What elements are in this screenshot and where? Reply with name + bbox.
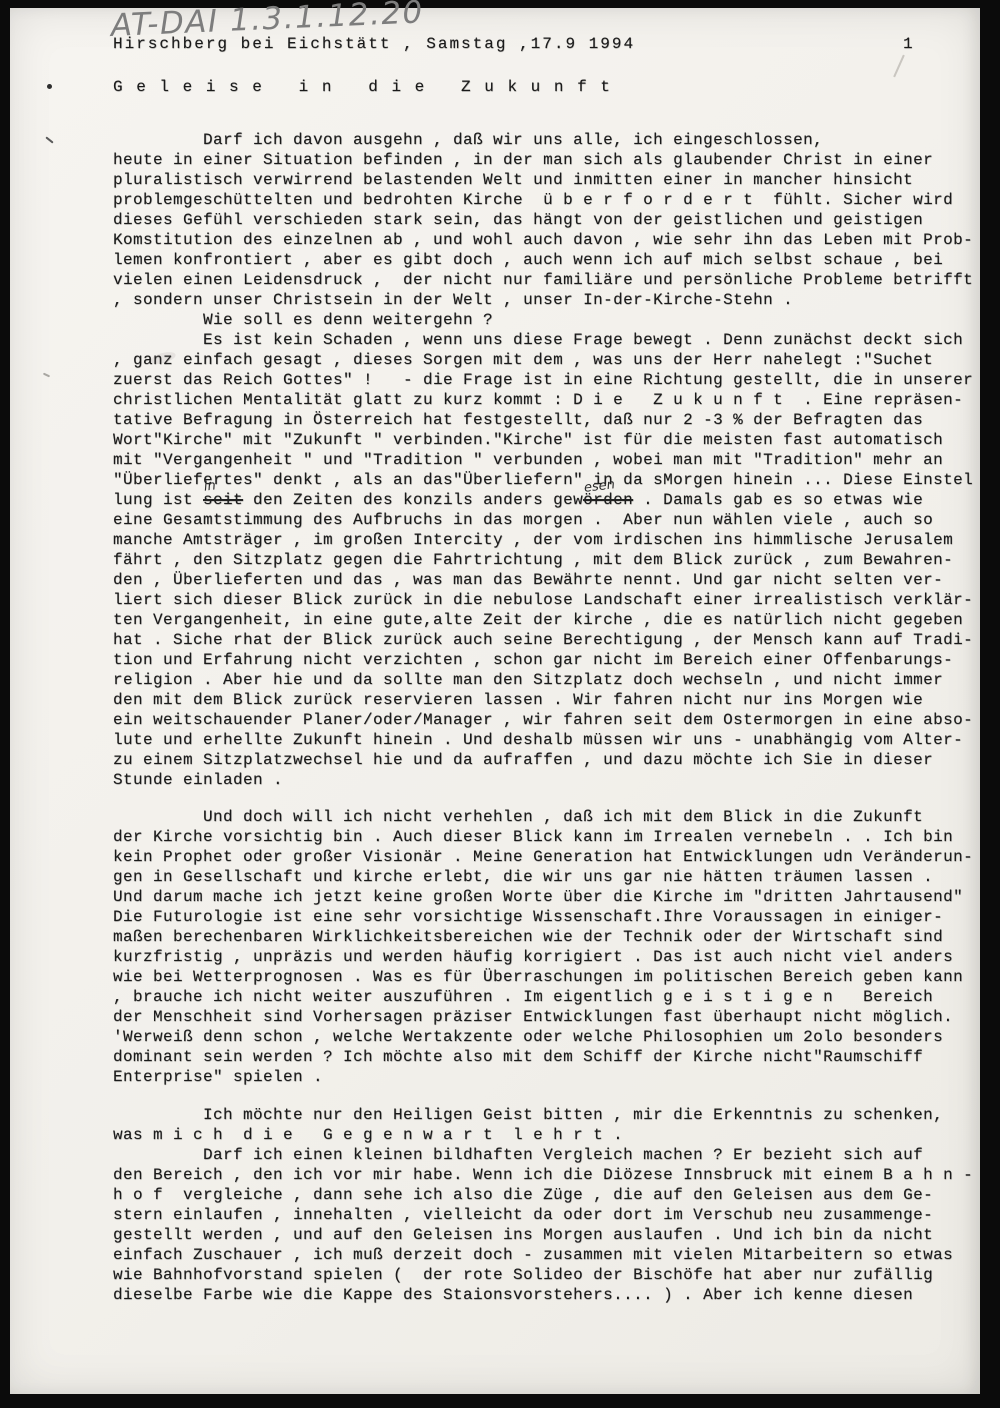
text-line: tion und Erfahrung nicht verzichten , sc… — [113, 650, 985, 670]
text-line: lemen konfrontiert , aber es gibt doch ,… — [113, 250, 985, 270]
text-line: zuerst das Reich Gottes" ! - die Frage i… — [113, 370, 985, 390]
text-segment: den Zeiten des konzils anders gew — [243, 491, 583, 509]
text-line: Es ist kein Schaden , wenn uns diese Fra… — [113, 330, 985, 350]
text-line: vielen einen Leidensdruck , der nicht nu… — [113, 270, 985, 290]
text-line: kein Prophet oder großer Visionär . Mein… — [113, 847, 985, 867]
text-line: Darf ich davon ausgehn , daß wir uns all… — [113, 130, 985, 150]
text-line: stern einlaufen , innehalten , vielleich… — [113, 1205, 985, 1225]
struck-text: seitin — [203, 491, 243, 509]
text-line: ein weitschauender Planer/oder/Manager ,… — [113, 710, 985, 730]
text-line: christlichen Mentalität glatt zu kurz ko… — [113, 390, 985, 410]
text-line: heute in einer Situation befinden , in d… — [113, 150, 985, 170]
margin-tick-mark-2 — [43, 373, 50, 378]
text-line: dominant sein werden ? Ich möchte also m… — [113, 1047, 985, 1067]
text-line: Ich möchte nur den Heiligen Geist bitten… — [113, 1105, 985, 1125]
pagenumber-slash-mark — [893, 55, 905, 78]
text-line: lung ist seitin den Zeiten des konzils a… — [113, 490, 985, 510]
date-line: Hirschberg bei Eichstätt , Samstag ,17.9… — [113, 35, 635, 53]
text-line: zu einem Sitzplatzwechsel hie und da auf… — [113, 750, 985, 770]
paragraph-3: Ich möchte nur den Heiligen Geist bitten… — [113, 1105, 985, 1305]
text-segment: . Damals gab es so etwas wie — [633, 491, 923, 509]
text-line: religion . Aber hie und da sollte man de… — [113, 670, 985, 690]
text-line: der Menschheit sind Vorhersagen präziser… — [113, 1007, 985, 1027]
text-line: maßen berechenbaren Wirklichkeitsbereich… — [113, 927, 985, 947]
text-line: Darf ich einen kleinen bildhaften Vergle… — [113, 1145, 985, 1165]
text-segment: lung ist — [113, 491, 203, 509]
struck-text: ördenesen — [583, 491, 633, 509]
body-text: Darf ich davon ausgehn , daß wir uns all… — [113, 130, 985, 1305]
text-line: einfach Zuschauer , ich muß derzeit doch… — [113, 1245, 985, 1265]
handwritten-insertion: esen — [583, 475, 616, 499]
text-line: tative Befragung in Österreich hat festg… — [113, 410, 985, 430]
text-line: Wie soll es denn weitergehn ? — [113, 310, 985, 330]
text-line: mit "Vergangenheit " und "Tradition " ve… — [113, 450, 985, 470]
text-line: hat . Siche rhat der Blick zurück auch s… — [113, 630, 985, 650]
text-line: , brauche ich nicht weiter auszuführen .… — [113, 987, 985, 1007]
text-line: der Kirche vorsichtig bin . Auch dieser … — [113, 827, 985, 847]
text-line: lute und erhellte Zukunft hinein . Und d… — [113, 730, 985, 750]
text-line: , ganz einfach gesagt , dieses Sorgen mi… — [113, 350, 985, 370]
text-line: gestellt werden , und auf den Geleisen i… — [113, 1225, 985, 1245]
text-line: wie bei Wetterprognosen . Was es für Übe… — [113, 967, 985, 987]
text-line: den mit dem Blick zurück reservieren las… — [113, 690, 985, 710]
text-line: "Überliefertes" denkt , als an das"Überl… — [113, 470, 985, 490]
text-line: 'Werweiß denn schon , welche Wertakzente… — [113, 1027, 985, 1047]
text-line: gen in Gesellschaft und kirche erlebt, d… — [113, 867, 985, 887]
document-title: G e l e i s e i n d i e Z u k u n f t — [113, 78, 612, 96]
page-number: 1 — [903, 35, 915, 53]
paragraph-1: Darf ich davon ausgehn , daß wir uns all… — [113, 130, 985, 790]
text-line: dieses Gefühl verschieden stark sein, da… — [113, 210, 985, 230]
text-line: Enterprise" spielen . — [113, 1067, 985, 1087]
text-line: dieselbe Farbe wie die Kappe des Staions… — [113, 1285, 985, 1305]
text-line: was m i c h d i e G e g e n w a r t l e … — [113, 1125, 985, 1145]
text-line: Und darum mache ich jetzt keine großen W… — [113, 887, 985, 907]
text-line: Und doch will ich nicht verhehlen , daß … — [113, 807, 985, 827]
text-line: Stunde einladen . — [113, 770, 985, 790]
text-line: , sondern unser Christsein in der Welt ,… — [113, 290, 985, 310]
text-line: eine Gesamtstimmung des Aufbruchs in das… — [113, 510, 985, 530]
text-line: problemgeschüttelten und bedrohten Kirch… — [113, 190, 985, 210]
text-line: Die Futurologie ist eine sehr vorsichtig… — [113, 907, 985, 927]
handwritten-insertion: in — [203, 476, 217, 497]
text-line: Wort"Kirche" mit "Zukunft " verbinden."K… — [113, 430, 985, 450]
text-line: liert sich dieser Blick zurück in die ne… — [113, 590, 985, 610]
margin-tick-mark — [45, 136, 53, 143]
text-line: ten Vergangenheit, in eine gute,alte Zei… — [113, 610, 985, 630]
text-line: h o f vergleiche , dann sehe ich also di… — [113, 1185, 985, 1205]
text-line: den Bereich , den ich vor mir habe. Wenn… — [113, 1165, 985, 1185]
paragraph-2: Und doch will ich nicht verhehlen , daß … — [113, 807, 985, 1087]
text-line: den , Überlieferten und das , was man da… — [113, 570, 985, 590]
text-line: wie Bahnhofvorstand spielen ( der rote S… — [113, 1265, 985, 1285]
text-line: manche Amtsträger , im großen Intercity … — [113, 530, 985, 550]
text-line: Komstitution des einzelnen ab , und wohl… — [113, 230, 985, 250]
scanned-document: AT-DAI 1.3.1.12.20 Hirschberg bei Eichst… — [0, 0, 1000, 1408]
text-line: fährt , den Sitzplatz gegen die Fahrtric… — [113, 550, 985, 570]
document-page: AT-DAI 1.3.1.12.20 Hirschberg bei Eichst… — [10, 8, 980, 1394]
text-line: kurzfristig , unpräzis und werden häufig… — [113, 947, 985, 967]
text-line: pluralistisch verwirrend belastenden Wel… — [113, 170, 985, 190]
margin-dot-mark — [47, 84, 52, 89]
